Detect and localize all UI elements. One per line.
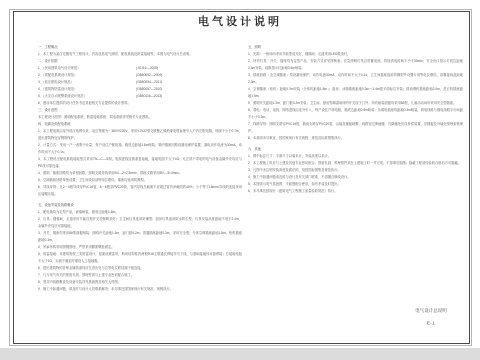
section-heading: 五、设备安装及线路敷设 [38,202,242,209]
standard-line: 5、《火灾自动报警系统设计规范》(GB50116—2013) [38,93,242,100]
text-line: 1、图中标注尺寸：平面尺寸以毫米计，安装高度以米计。 [248,153,463,160]
text-line: 4、空调插座（柜机）距地0.3m安装（分体机距地1.8m）；厨房、冰箱插座距地0… [248,86,463,100]
text-line: 4、照明、插座回路均为单相回路，照明支路导线采用BV—2×2.5mm²，插座支路… [38,170,242,177]
text-line: 2、计量方式：采用一户一表集中计量，每户设住户配电箱，箱底边距地1.8m暗装；箱… [38,142,242,156]
text-line: 6、建设单位提供的设计任务书及其他相关专业提供的设计资料。 [38,100,242,107]
text-line: 8、竖井内线路敷设及设备安装详见系统图及相关大样图。 [38,279,242,286]
text-line: 5、本图须与电气系统图、平面图配合使用，如有矛盾及时提出。 [248,181,463,188]
text-line: 4、施工中如遇问题请及时与设计及有关部门联系，不得擅自修改设计。 [248,174,463,181]
text-line: 2、所有灯具、开关、插座均为定型产品，安装方式详见图例表；应急照明灯具自带蓄电池… [248,58,463,72]
text-line: 5、空调插座回路单独设置；卫生间设局部等电位联结，插座均选用防溅型。 [38,177,242,184]
standard-line: 3、《低压配电设计规范》(GB50054—2011) [38,79,242,86]
text-line: 6、弱电：电话、电视、网络进线由室外引入，每户设住户弱电箱，箱底边距地0.5m暗… [248,107,463,121]
drawing-sheet: 电气设计说明 一、工程概况1、本工程为某住宅楼电气工程设计，内容包括电气照明、配… [0,0,480,348]
standard-name: 1、《民用建筑电气设计规范》 [38,65,136,72]
left-column: 一、工程概况1、本工程为某住宅楼电气工程设计，内容包括电气照明、配电系统及防雷接… [38,44,242,293]
text-line: 5、照明开关距地1.3m、距门框0.2m安装；卫生间、厨房等潮湿场所的开关设于门… [248,100,463,107]
text-line: 6、进出建筑物的各种金属管道均应在进出处与总等电位联结端子板连接。 [38,265,242,272]
sheet-number: E-1 [384,321,478,326]
standard-name: 4、《建筑物防雷设计规范》 [38,86,136,93]
section-heading: 三、设计范围 [38,107,242,114]
section-heading: 四、电源及供配电系统 [38,121,242,128]
standard-code: (GB50052—2009) [136,72,162,79]
standard-code: (GB50116—2013) [136,93,162,100]
text-line: 1、配电箱均为定型产品，嵌墙暗装，箱底边距地1.8m。 [38,209,242,216]
text-line: 3、插座回路（含空调插座）均设漏电保护，动作电流30mA、动作时间不大于0.1s… [248,72,463,86]
section-heading: 一、工程概况 [38,44,242,51]
section-heading: 六、其他 [248,146,463,153]
section-heading: 二、设计依据 [38,58,242,65]
text-line: 7、线路穿管：照明支路穿PVC16管，插座支路穿PVC20管，沿墙及楼板暗敷；线… [248,121,463,135]
right-column: 五、照明1、光源：一般场所采用节能型荧光灯，楼梯间、走道采用LED吸顶灯。2、所… [248,44,463,195]
text-line: 1、本工程为某住宅楼电气工程设计，内容包括电气照明、配电系统及防雷接地等，本图为… [38,51,242,58]
standard-code: (JGJ16—2008) [136,65,158,72]
text-line: 6、导线穿管：凡2～4根导线穿PVC16管，5～6根穿PVC20管，管内导线总截… [38,184,242,198]
section-heading: 五、照明 [248,44,463,51]
text-line: 5、防雷接地：本建筑物按三类防雷设计，屋面设避雷带，利用结构柱内两根Φ16主筋通… [38,251,242,265]
standard-name: 3、《低压配电设计规范》 [38,79,136,86]
text-line: 8、本说明未尽事宜，按国家现行有关规程、规范及标准图集执行。 [248,135,463,142]
text-line: 3、凡图中未注明安装高度及做法的，均按国标图集及规范执行。 [248,167,463,174]
page-title: 电气设计说明 [0,13,480,29]
standard-line: 2、《供配电系统设计规范》(GB50052—2009) [38,72,242,79]
text-line: 6、未尽事宜按现行《建筑电气工程施工质量验收规范》执行。 [248,188,463,195]
standard-name: 2、《供配电系统设计规范》 [38,72,136,79]
text-line: 本工程设计范围：照明配电系统、防雷接地系统；弱电系统详见相关专业图纸。 [38,114,242,121]
text-line: 9、施工中如遇问题，请及时与设计人员联系解决；未尽事宜按国家现行有关规范、规程执… [38,286,242,293]
title-block-name: 电气设计总说明 [384,308,478,314]
standard-line: 1、《民用建筑电气设计规范》(JGJ16—2008) [38,65,242,72]
text-line: 2、本工程施工时应与土建及其他专业密切配合，预留孔洞、预埋管件须在土建施工时一并… [248,160,463,167]
title-block: 电气设计总说明 E-1 [384,308,478,340]
standard-code: (GB50054—2011) [136,79,162,86]
standard-name: 5、《火灾自动报警系统设计规范》 [38,93,136,100]
text-line: 3、开关、插座均采用86型面板暗装：照明开关距地1.3m、距门框0.2m；普通插… [38,230,242,244]
text-line: 1、光源：一般场所采用节能型荧光灯，楼梯间、走道采用LED吸顶灯。 [248,51,463,58]
text-line: 2、灯具：楼梯间、走道采用节能自熄开关控制吸顶灯；卫生间灯具选用防潮型；厨房灯具… [38,216,242,230]
standard-line: 4、《建筑物防雷设计规范》(GB50057—2010) [38,86,242,93]
standard-code: (GB50057—2010) [136,86,162,93]
text-line: 1、本工程电源由室外低压电网引来，电压等级为～380V/220V，采用YJV22… [38,128,242,142]
text-line: 7、凡与电气有关的预留孔洞、预埋件须与土建专业密切配合施工。 [38,272,242,279]
text-line: 4、吊扇吊钩采用圆钢预埋，严禁采用膨胀螺栓固定。 [38,244,242,251]
text-line: 3、本工程低压配电系统接地型式采用TN—C—S制，电源进线处做重复接地，接地电阻… [38,156,242,170]
